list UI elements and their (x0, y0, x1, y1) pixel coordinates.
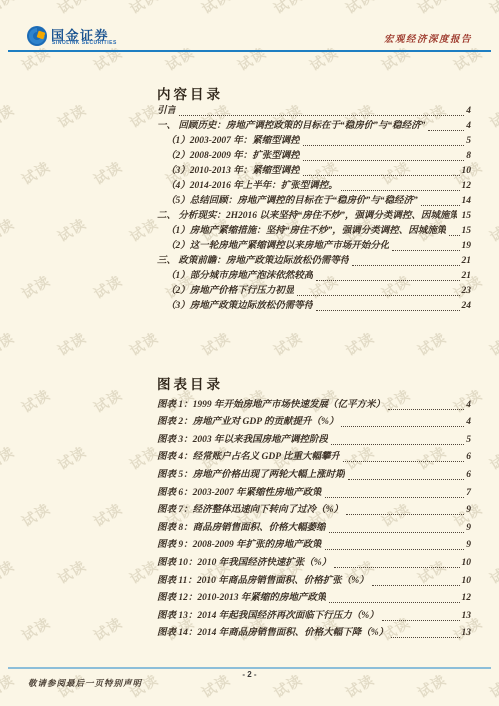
figure-entry-page: 13 (462, 610, 472, 623)
figure-entry-page: 4 (466, 399, 471, 412)
toc-entry[interactable]: 二、 分析现实：2H2016 以来坚持“房住不炒”，强调分类调控、因城施策15 (157, 208, 471, 223)
dot-leader (428, 130, 464, 131)
toc-entry-label: （2）2008-2009 年：扩张型调控 (166, 150, 300, 163)
trial-watermark: 试读 (0, 442, 18, 475)
figure-entry-label: 图表 2：房地产业对 GDP 的贡献提升（%） (157, 416, 338, 429)
toc-entry-label: 三、 政策前瞻：房地产政策边际放松仍需等待 (157, 255, 349, 268)
trial-watermark: 试读 (18, 385, 54, 418)
toc-entry[interactable]: （2）2008-2009 年：扩张型调控8 (157, 148, 471, 163)
dot-leader (329, 532, 465, 533)
footer-disclaimer: 敬请参阅最后一页特别声明 (28, 677, 142, 689)
toc-entry[interactable]: （3）房地产政策边际放松仍需等待24 (157, 298, 471, 313)
figure-entry-label: 图表 8：商品房销售面积、价格大幅萎缩 (157, 522, 326, 535)
dot-leader (388, 409, 464, 410)
trial-watermark: 试读 (486, 556, 499, 589)
toc-entry-page: 10 (462, 165, 472, 178)
toc-entry-label: 二、 分析现实：2H2016 以来坚持“房住不炒”，强调分类调控、因城施策 (157, 210, 457, 223)
figure-entry-label: 图表 5：房地产价格出现了两轮大幅上涨时期 (157, 469, 345, 482)
brand-name-en: SINOLINK SECURITIES (52, 40, 117, 46)
figure-entry-label: 图表 1：1999 年开始房地产市场快速发展（亿平方米） (157, 399, 385, 412)
toc-entry-page: 23 (462, 285, 472, 298)
figure-entry[interactable]: 图表 7：经济整体迅速向下转向了过冷（%）9 (157, 500, 471, 518)
trial-watermark: 试读 (198, 0, 234, 18)
dot-leader (391, 637, 459, 638)
toc-entry[interactable]: （5）总结回顾：房地产调控的目标在于“稳房价”与“稳经济”14 (157, 193, 471, 208)
trial-watermark: 试读 (54, 0, 90, 18)
figure-entry[interactable]: 图表 8：商品房销售面积、价格大幅萎缩9 (157, 517, 471, 535)
figure-entry-label: 图表 4：经常账户占名义 GDP 比重大幅攀升 (157, 451, 340, 464)
toc-entry-page: 4 (466, 105, 471, 118)
trial-watermark: 试读 (126, 328, 162, 361)
toc-entry[interactable]: （2）房地产价格下行压力初显23 (157, 283, 471, 298)
dot-leader (329, 602, 459, 603)
toc-entry-label: （1）房地产紧缩措施：坚持“房住不炒”，强调分类调控、因城施策 (166, 225, 446, 238)
dot-leader (297, 295, 459, 296)
trial-watermark: 试读 (486, 442, 499, 475)
figure-entry-page: 9 (466, 539, 471, 552)
figures-list: 图表 1：1999 年开始房地产市场快速发展（亿平方米）4图表 2：房地产业对 … (157, 394, 471, 640)
figure-entry-page: 13 (462, 627, 472, 640)
figure-entry-label: 图表 7：经济整体迅速向下转向了过冷（%） (157, 504, 343, 517)
figure-entry[interactable]: 图表 6：2003-2007 年紧缩性房地产政策7 (157, 482, 471, 500)
figure-entry-page: 10 (462, 557, 472, 570)
figure-entry[interactable]: 图表 4：经常账户占名义 GDP 比重大幅攀升6 (157, 447, 471, 465)
trial-watermark: 试读 (414, 0, 450, 18)
figure-entry[interactable]: 图表 11：2010 年商品房销售面积、价格扩张（%）10 (157, 570, 471, 588)
figure-entry-page: 6 (466, 469, 471, 482)
trial-watermark: 试读 (342, 0, 378, 18)
figure-entry[interactable]: 图表 14：2014 年商品房销售面积、价格大幅下降（%）13 (157, 623, 471, 641)
figure-entry-page: 5 (466, 434, 471, 447)
dot-leader (346, 514, 464, 515)
toc-entry-page: 24 (462, 300, 472, 313)
dot-leader (341, 426, 464, 427)
trial-watermark: 试读 (342, 328, 378, 361)
trial-watermark: 试读 (54, 556, 90, 589)
dot-leader (348, 479, 465, 480)
figure-entry-label: 图表 14：2014 年商品房销售面积、价格大幅下降（%） (157, 627, 388, 640)
trial-watermark: 试读 (90, 43, 126, 76)
dot-leader (331, 444, 464, 445)
toc-entry-label: （3）房地产政策边际放松仍需等待 (166, 300, 313, 313)
toc-title: 内容目录 (157, 83, 223, 103)
figure-entry-page: 10 (462, 575, 472, 588)
dot-leader (179, 115, 464, 116)
dot-leader (303, 145, 464, 146)
toc-entry[interactable]: （2）这一轮房地产紧缩调控以来房地产市场开始分化19 (157, 238, 471, 253)
toc-entry-page: 21 (462, 255, 472, 268)
dot-leader (341, 190, 460, 191)
report-type-label: 宏观经济深度报告 (384, 31, 472, 45)
trial-watermark: 试读 (0, 328, 18, 361)
trial-watermark: 试读 (90, 613, 126, 646)
trial-watermark: 试读 (0, 214, 18, 247)
toc-entry-page: 4 (466, 120, 471, 133)
figure-entry-page: 7 (466, 487, 471, 500)
trial-watermark: 试读 (306, 43, 342, 76)
figure-entry-page: 9 (466, 522, 471, 535)
header-divider (8, 50, 491, 52)
toc-entry-page: 12 (462, 180, 472, 193)
figure-entry[interactable]: 图表 9：2008-2009 年扩张的房地产政策9 (157, 535, 471, 553)
dot-leader (421, 205, 460, 206)
figures-title: 图表目录 (157, 373, 223, 393)
toc-entry[interactable]: 引言4 (157, 103, 471, 118)
toc-entry-label: （2）房地产价格下行压力初显 (166, 285, 294, 298)
trial-watermark: 试读 (54, 328, 90, 361)
toc-entry[interactable]: （1）部分城市房地产泡沫依然较高21 (157, 268, 471, 283)
toc-entry-page: 21 (462, 270, 472, 283)
dot-leader (372, 585, 460, 586)
toc-entry-label: 引言 (157, 105, 176, 118)
figure-entry-label: 图表 3：2003 年以来我国房地产调控阶段 (157, 434, 328, 447)
trial-watermark: 试读 (18, 157, 54, 190)
figure-entry-label: 图表 12：2010-2013 年紧缩的房地产政策 (157, 592, 326, 605)
figure-entry-label: 图表 9：2008-2009 年扩张的房地产政策 (157, 539, 322, 552)
trial-watermark: 试读 (486, 328, 499, 361)
trial-watermark: 试读 (18, 499, 54, 532)
figure-entry[interactable]: 图表 3：2003 年以来我国房地产调控阶段5 (157, 429, 471, 447)
toc-entry-label: （2）这一轮房地产紧缩调控以来房地产市场开始分化 (166, 240, 389, 253)
dot-leader (382, 620, 460, 621)
dot-leader (325, 497, 465, 498)
toc-entry[interactable]: （4）2014-2016 年上半年：扩张型调控。12 (157, 178, 471, 193)
toc-entry[interactable]: （3）2010-2013 年：紧缩型调控10 (157, 163, 471, 178)
toc-entry[interactable]: （1）2003-2007 年：紧缩型调控5 (157, 133, 471, 148)
figure-entry[interactable]: 图表 1：1999 年开始房地产市场快速发展（亿平方米）4 (157, 394, 471, 412)
report-toc-page: 试读试读试读试读试读试读试读试读试读试读试读试读试读试读试读试读试读试读试读试读… (0, 0, 499, 706)
toc-entry[interactable]: （1）房地产紧缩措施：坚持“房住不炒”，强调分类调控、因城施策15 (157, 223, 471, 238)
toc-entry[interactable]: 一、 回顾历史：房地产调控政策的目标在于“稳房价”与“稳经济”4 (157, 118, 471, 133)
trial-watermark: 试读 (54, 100, 90, 133)
dot-leader (325, 549, 465, 550)
toc-entry-page: 19 (462, 240, 472, 253)
trial-watermark: 试读 (18, 613, 54, 646)
dot-leader (303, 175, 460, 176)
sinolink-logo-icon (27, 26, 47, 46)
trial-watermark: 试读 (126, 0, 162, 18)
dot-leader (449, 235, 459, 236)
trial-watermark: 试读 (270, 0, 306, 18)
toc-entry-label: （5）总结回顾：房地产调控的目标在于“稳房价”与“稳经济” (166, 195, 418, 208)
toc-entry-page: 15 (462, 225, 472, 238)
footer-divider (8, 667, 491, 669)
toc-entry-page: 8 (466, 150, 471, 163)
toc-list: 引言4一、 回顾历史：房地产调控政策的目标在于“稳房价”与“稳经济”4（1）20… (157, 103, 471, 313)
trial-watermark: 试读 (486, 214, 499, 247)
trial-watermark: 试读 (486, 0, 499, 18)
trial-watermark: 试读 (90, 499, 126, 532)
figure-entry[interactable]: 图表 13：2014 年起我国经济再次面临下行压力（%）13 (157, 605, 471, 623)
dot-leader (352, 265, 459, 266)
figure-entry[interactable]: 图表 5：房地产价格出现了两轮大幅上涨时期6 (157, 464, 471, 482)
trial-watermark: 试读 (162, 43, 198, 76)
figure-entry[interactable]: 图表 12：2010-2013 年紧缩的房地产政策12 (157, 588, 471, 606)
trial-watermark: 试读 (90, 157, 126, 190)
trial-watermark: 试读 (414, 328, 450, 361)
trial-watermark: 试读 (450, 43, 486, 76)
trial-watermark: 试读 (90, 385, 126, 418)
trial-watermark: 试读 (234, 43, 270, 76)
toc-entry-label: （4）2014-2016 年上半年：扩张型调控。 (166, 180, 338, 193)
figure-entry-label: 图表 13：2014 年起我国经济再次面临下行压力（%） (157, 610, 379, 623)
trial-watermark: 试读 (54, 442, 90, 475)
toc-entry[interactable]: 三、 政策前瞻：房地产政策边际放松仍需等待21 (157, 253, 471, 268)
toc-entry-page: 14 (462, 195, 472, 208)
dot-leader (316, 280, 459, 281)
dot-leader (334, 567, 459, 568)
dot-leader (343, 461, 464, 462)
toc-entry-label: （1）2003-2007 年：紧缩型调控 (166, 135, 300, 148)
trial-watermark: 试读 (486, 100, 499, 133)
trial-watermark: 试读 (0, 100, 18, 133)
trial-watermark: 试读 (18, 43, 54, 76)
figure-entry[interactable]: 图表 2：房地产业对 GDP 的贡献提升（%）4 (157, 412, 471, 430)
trial-watermark: 试读 (270, 328, 306, 361)
trial-watermark: 试读 (378, 43, 414, 76)
trial-watermark: 试读 (90, 271, 126, 304)
figure-entry-label: 图表 11：2010 年商品房销售面积、价格扩张（%） (157, 575, 369, 588)
toc-entry-page: 5 (466, 135, 471, 148)
figure-entry-page: 12 (462, 592, 472, 605)
figure-entry-label: 图表 6：2003-2007 年紧缩性房地产政策 (157, 487, 322, 500)
toc-entry-page: 15 (462, 210, 472, 223)
trial-watermark: 试读 (18, 271, 54, 304)
trial-watermark: 试读 (198, 328, 234, 361)
dot-leader (316, 310, 459, 311)
trial-watermark: 试读 (54, 214, 90, 247)
dot-leader (303, 160, 464, 161)
figure-entry-page: 9 (466, 504, 471, 517)
figure-entry-label: 图表 10：2010 年我国经济快速扩张（%） (157, 557, 331, 570)
toc-entry-label: （3）2010-2013 年：紧缩型调控 (166, 165, 300, 178)
trial-watermark: 试读 (0, 556, 18, 589)
dot-leader (392, 250, 459, 251)
figure-entry-page: 4 (466, 416, 471, 429)
toc-entry-label: 一、 回顾历史：房地产调控政策的目标在于“稳房价”与“稳经济” (157, 120, 425, 133)
toc-entry-label: （1）部分城市房地产泡沫依然较高 (166, 270, 313, 283)
trial-watermark: 试读 (0, 0, 18, 18)
figure-entry[interactable]: 图表 10：2010 年我国经济快速扩张（%）10 (157, 552, 471, 570)
figure-entry-page: 6 (466, 451, 471, 464)
